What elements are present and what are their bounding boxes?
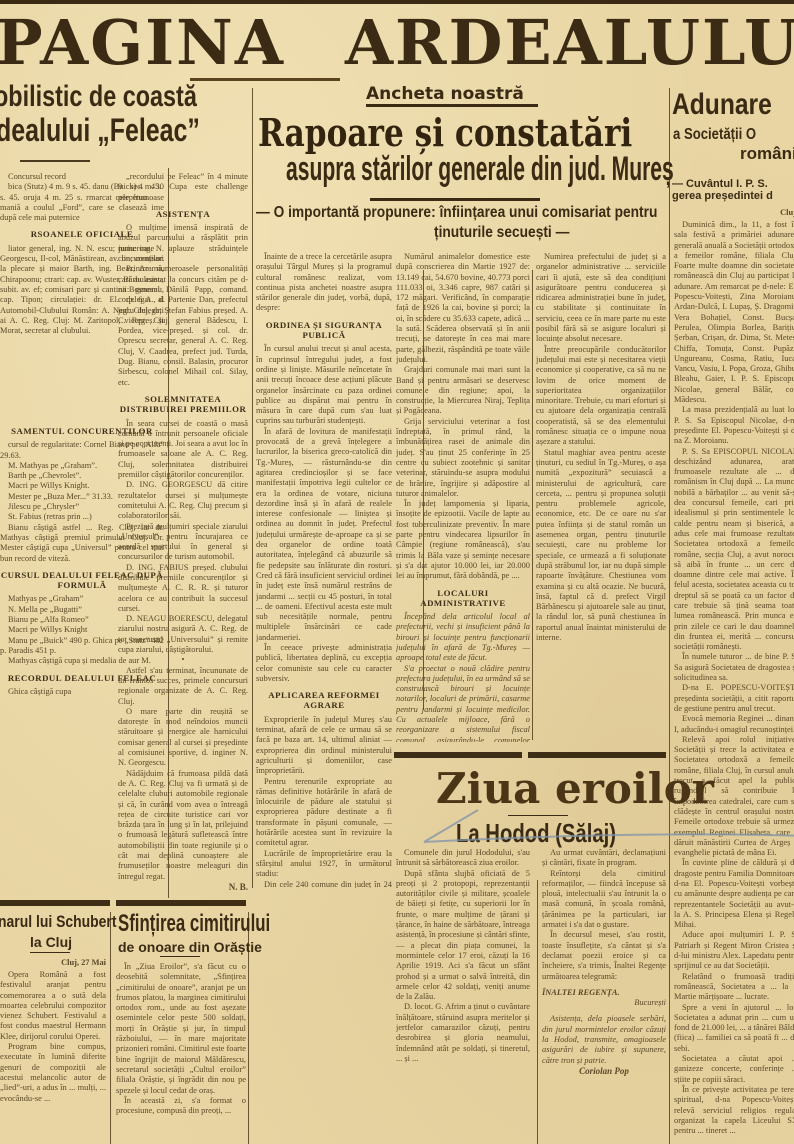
right-subhead-line-1: — Cuvântul I. P. S.: [672, 178, 768, 190]
article-paragraph: Societatea a căutat apoi ... ganizeze co…: [674, 1054, 794, 1085]
article-paragraph: O mare parte din reușită se datorește în…: [118, 707, 248, 769]
column-rule: [532, 270, 533, 740]
article-paragraph: În această zi, s'a format o procesiune, …: [116, 1096, 246, 1117]
section-subheading: SOLEMNITATEA DISTRIBUIREI PREMIILOR: [118, 394, 248, 415]
article-paragraph: Între preocupările conducătorilor județu…: [536, 345, 666, 448]
article-paragraph: Pentru terenurile expropriate au rămas d…: [256, 777, 392, 849]
article-paragraph: Grija serviciului veterinar a fost îndre…: [396, 417, 530, 499]
article-paragraph: Aduce apoi mulțumiri I. P. S. Patriarh ș…: [674, 930, 794, 971]
author-signature: N. B.: [118, 882, 248, 892]
article-paragraph: Lucrările de împroprietărire erau la sfâ…: [256, 849, 392, 880]
article-paragraph: Evocă memoria Reginei ... dinand I, aduc…: [674, 714, 794, 735]
sfintirea-headline-line-1: Sfințirea cimitirului: [118, 910, 270, 938]
section-subheading: ASISTENȚA: [118, 209, 248, 219]
main-article-column-3: Numirea prefectului de județ și a organe…: [536, 252, 666, 742]
article-paragraph: În afară de lovitura de manifestații pro…: [256, 427, 392, 643]
left-headline-line-1: obilistic de coastă: [0, 80, 197, 114]
column-rule: [537, 880, 538, 1144]
article-paragraph: Nădăjduim că frumoasa pildă dată de A. C…: [118, 769, 248, 882]
section-divider: [394, 752, 522, 758]
top-border-rule: [0, 0, 794, 4]
article-paragraph: Au urmat cuvântări, declamațiuni și cânt…: [542, 848, 666, 869]
schubert-headline-line-2: la Cluj: [30, 934, 72, 950]
article-paragraph: În ceeace privește administrația publică…: [256, 643, 392, 684]
right-headline-line-2: a Societății O: [673, 126, 756, 144]
main-headline-ornament: [370, 198, 540, 201]
section-divider: [116, 900, 246, 906]
column-rule: [252, 88, 253, 888]
article-paragraph: Duminică dim., la 11, a fost în sala fes…: [674, 220, 794, 405]
main-kicker: Ancheta noastră: [366, 84, 524, 104]
article-paragraph: Comunele din jurul Hododului, s'au întru…: [396, 848, 530, 869]
article-paragraph: După sfânta slujbă oficiată de 5 preoți …: [396, 869, 530, 1003]
pencil-mark: [418, 806, 794, 846]
right-headline-line-1: Adunare: [672, 88, 772, 122]
article-paragraph: Reîntorși dela cimitirul reformaților, —…: [542, 869, 666, 931]
telegram-addressee: ÎNALTEI REGENȚA.: [542, 988, 666, 998]
column-rule: [110, 912, 111, 1144]
right-subhead-line-2: gerea președintei d: [672, 190, 773, 202]
article-paragraph: Grajduri comunale mai mari sunt la Band …: [396, 365, 530, 416]
masthead-word-2: ARDEALULUI: [345, 6, 794, 79]
article-paragraph: Printre numeroasele personalități cari a…: [118, 264, 248, 388]
sfintirea-article-column: În „Ziua Eroilor”, s'a făcut cu o deoseb…: [116, 962, 246, 1144]
article-paragraph: În seara cursei de coastă o masă comună …: [118, 419, 248, 481]
right-headline-line-3: români: [740, 144, 794, 164]
section-subheading: LOCALURI ADMINISTRATIVE: [396, 588, 530, 609]
article-paragraph: Exproprierile în județul Mureș s'au term…: [256, 715, 392, 777]
article-paragraph: O mulțime imensă inspirată de abuzul par…: [118, 223, 248, 264]
left-headline-line-2: dealului „Feleac”: [0, 112, 200, 149]
article-paragraph: D. ING. FABIUS președ. clubului distribu…: [118, 563, 248, 614]
article-paragraph: D. locot. G. Afrim a ținut o cuvântare î…: [396, 1002, 530, 1064]
article-paragraph: În județ lampomenia și liparia, însoțite…: [396, 499, 530, 581]
masthead-ornament: [190, 78, 340, 81]
main-headline-line-1: Rapoare și constatări: [258, 110, 632, 155]
article-paragraph: P. S. Sa EPISCOPUL NICOLAE deschizând ad…: [674, 447, 794, 653]
masthead-title: PAGINAARDEALULUI: [0, 8, 794, 78]
left-headline-rule: [20, 160, 90, 162]
article-paragraph: Numirea prefectului de județ și a organe…: [536, 252, 666, 345]
article-paragraph: D. ING. GEORGESCU dă citire rezultatelor…: [118, 480, 248, 521]
section-subheading: APLICAREA REFORMEI AGRARE: [256, 690, 392, 711]
article-paragraph: În cuvinte pline de căldură și de dragos…: [674, 858, 794, 930]
article-paragraph: În numele tuturor ... de bine P. S. Sa a…: [674, 652, 794, 683]
article-paragraph: „recordului pe Feleac” în 4 minute 9 sec…: [118, 172, 248, 203]
author-signature: Coriolan Pop: [542, 1066, 666, 1076]
article-paragraph: Spre a veni în ajutorul ... lor, Societa…: [674, 1003, 794, 1054]
article-paragraph: În cursul anului trecut și anul acesta, …: [256, 344, 392, 426]
schubert-dateline: Cluj, 27 Mai: [0, 958, 106, 968]
left-article-column-2: „recordului pe Feleac” în 4 minute 9 sec…: [118, 172, 248, 898]
masthead-word-1: PAGINA: [0, 6, 285, 79]
article-paragraph: În „Ziua Eroilor”, s'a făcut cu o deoseb…: [116, 962, 246, 1096]
section-divider: [0, 900, 110, 906]
kicker-underline: [366, 104, 538, 107]
main-article-column-1: Înainte de a trece la cercetările asupra…: [256, 252, 392, 888]
italic-paragraph: Asistența, dela pioasele serbări, din ju…: [542, 1014, 666, 1065]
article-paragraph: Înainte de a trece la cercetările asupra…: [256, 252, 392, 314]
main-headline-line-2: asupra stărilor generale din jud. Mureș: [286, 150, 674, 189]
telegram-place: București: [542, 998, 666, 1008]
dateline-text: Cluj, 27 Mai: [61, 958, 106, 967]
section-divider: [528, 752, 666, 758]
italic-paragraph: S'a proectat o nouă clădire pentru prefe…: [396, 664, 530, 742]
main-subheadline-line-2: ținuturile secuești —: [434, 224, 569, 242]
article-paragraph: Statul maghiar avea pentru aceste ținutu…: [536, 448, 666, 644]
article-paragraph: În ce privește activitatea pe teren spir…: [674, 1085, 794, 1136]
ziua-article-column-2: Au urmat cuvântări, declamațiuni și cânt…: [542, 848, 666, 1144]
sfintirea-headline-line-2: de onoare din Orăștie: [118, 939, 262, 955]
article-paragraph: La masa prezidențială au luat loc P. S. …: [674, 405, 794, 446]
right-article-column: Duminică dim., la 11, a fost în sala fes…: [674, 220, 794, 1144]
column-rule: [669, 88, 670, 1144]
italic-paragraph: Începând dela articolul local al prefect…: [396, 612, 530, 663]
article-paragraph: În decursul mesei, s'au rostit, toaste î…: [542, 930, 666, 981]
section-separator: •: [118, 655, 248, 665]
schubert-headline-line-1: narul lui Schubert: [0, 912, 117, 932]
article-paragraph: Relatând o frumoasă tradiție românească,…: [674, 972, 794, 1003]
right-dateline: Cluj,: [674, 208, 794, 218]
article-paragraph: D-na E. POPESCU-VOITEȘTI președinta soci…: [674, 683, 794, 714]
article-paragraph: Numărul animalelor domestice este după c…: [396, 252, 530, 365]
article-paragraph: Astfel s'au terminat, încununate de un f…: [118, 666, 248, 707]
ziua-article-column-1: Comunele din jurul Hododului, s'au întru…: [396, 848, 530, 1144]
article-paragraph: Opera Română a fost festivalul aranjat p…: [0, 970, 106, 1042]
main-subheadline-line-1: — O importantă propunere: înființarea un…: [256, 204, 657, 222]
section-subheading: ORDINEA ȘI SIGURANȚA PUBLICĂ: [256, 320, 392, 341]
article-paragraph: Program bine compus, executate în lumină…: [0, 1042, 106, 1104]
article-paragraph: Prezintă mulțumiri speciale ziarului „Un…: [118, 522, 248, 563]
dateline-text: Cluj,: [780, 208, 794, 217]
headline-rule: [160, 956, 200, 957]
article-paragraph: Din cele 240 comune din județ în 24 este…: [256, 880, 392, 888]
headline-rule: [30, 952, 70, 953]
schubert-article-column: Opera Română a fost festivalul aranjat p…: [0, 970, 106, 1144]
main-article-column-2: Numărul animalelor domestice este după c…: [396, 252, 530, 742]
article-paragraph: D. NEAGU BOERESCU, delegatul ziarului no…: [118, 614, 248, 655]
